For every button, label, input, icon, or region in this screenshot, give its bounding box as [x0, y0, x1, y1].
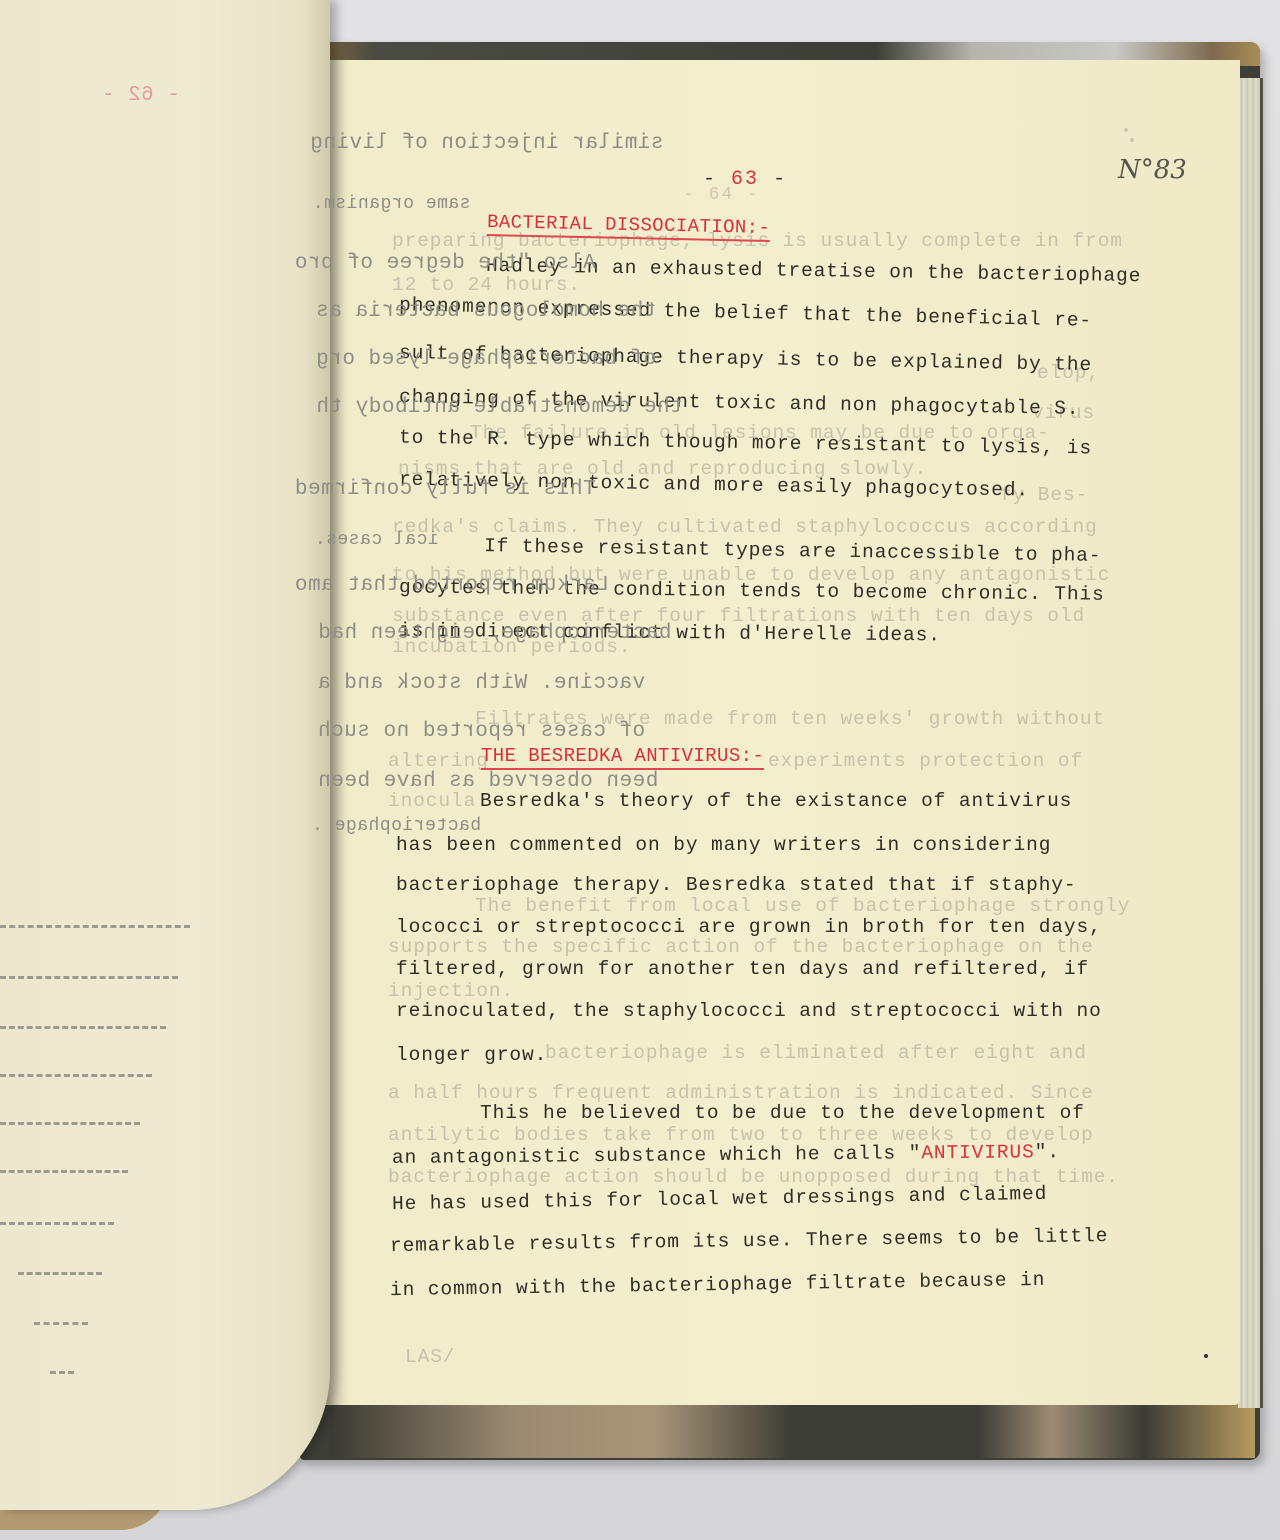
cover-bottom-edge — [330, 1400, 1255, 1458]
dash-row — [0, 1074, 152, 1077]
text-line: lococci or streptococci are grown in bro… — [396, 916, 1102, 938]
dash-row — [0, 1170, 128, 1173]
mirrored-line: been observed as have been — [318, 770, 659, 793]
punch-mark — [1204, 1354, 1208, 1358]
text-line: Besredka's theory of the existance of an… — [480, 790, 1072, 812]
mirrored-line: Larkum reported that amo — [294, 574, 608, 597]
page-edge-stack — [1238, 78, 1263, 1408]
text-line: bacteriophage therapy. Besredka stated t… — [396, 874, 1077, 896]
mirrored-line: the homologous bacteria as — [316, 300, 657, 323]
dash-row — [50, 1371, 74, 1374]
ghost-line: supports the specific action of the bact… — [388, 936, 1094, 958]
dash-row — [0, 925, 190, 928]
mirrored-line: of bacteriophage-lysed org — [316, 348, 657, 371]
text-line: has been commented on by many writers in… — [396, 834, 1051, 856]
punch-mark — [1130, 138, 1134, 142]
ghost-line: experiments protection of — [768, 750, 1083, 772]
punch-mark — [1124, 128, 1128, 132]
dash-row — [0, 976, 178, 979]
text-line: This he believed to be due to the develo… — [480, 1102, 1085, 1124]
handwritten-annotation: N°83 — [1118, 155, 1187, 185]
left-page: - 62 - similar injection of living same … — [0, 0, 330, 1510]
mirrored-line: bacteriophage . — [312, 816, 482, 836]
ghost-line: altering — [388, 750, 489, 772]
dash-row — [18, 1272, 102, 1275]
ghost-line: LAS/ — [405, 1346, 455, 1368]
dash-row — [0, 1026, 166, 1029]
ghost-line: inocula — [388, 790, 476, 812]
ghost-page-number: - 64 - — [683, 185, 760, 205]
mirrored-line: ical cases. — [314, 530, 438, 550]
ghost-line: bacteriophage is eliminated after eight … — [545, 1042, 1087, 1064]
mirrored-line: similar injection of living — [310, 132, 664, 155]
mirrored-line: This is fully confirmed — [294, 478, 595, 501]
mirrored-page-number: - 62 - — [90, 84, 180, 107]
mirrored-line: Also "the degree of pro — [294, 252, 595, 275]
ghost-line: a half hours frequent administration is … — [388, 1082, 1094, 1104]
text-line: filtered, grown for another ten days and… — [396, 958, 1089, 980]
mirrored-line: the demonstrable antibody th — [316, 396, 683, 419]
section-heading-besredka-antivirus: THE BESREDKA ANTIVIRUS:- — [481, 745, 764, 770]
text-line: longer grow. — [396, 1044, 547, 1066]
text-line: reinoculated, the staphylococci and stre… — [396, 1000, 1102, 1022]
page-number-suffix: - — [773, 168, 787, 191]
antivirus-highlight: ANTIVIRUS — [921, 1141, 1035, 1164]
mirrored-line: bacteriophage, eighteen had — [318, 622, 672, 645]
dash-row — [0, 1122, 140, 1125]
ghost-line: The benefit from local use of bacterioph… — [475, 895, 1130, 917]
mirrored-line: vaccine. With stock and a — [318, 672, 646, 695]
text-fragment: an antagonistic substance which he calls… — [392, 1142, 921, 1169]
dash-row — [34, 1322, 88, 1325]
mirrored-line: same organism. — [312, 194, 470, 214]
dash-row — [0, 1222, 114, 1225]
text-fragment: ". — [1035, 1141, 1060, 1163]
mirrored-line: of cases reported no such — [318, 720, 646, 743]
ghost-line: injection. — [388, 980, 514, 1002]
